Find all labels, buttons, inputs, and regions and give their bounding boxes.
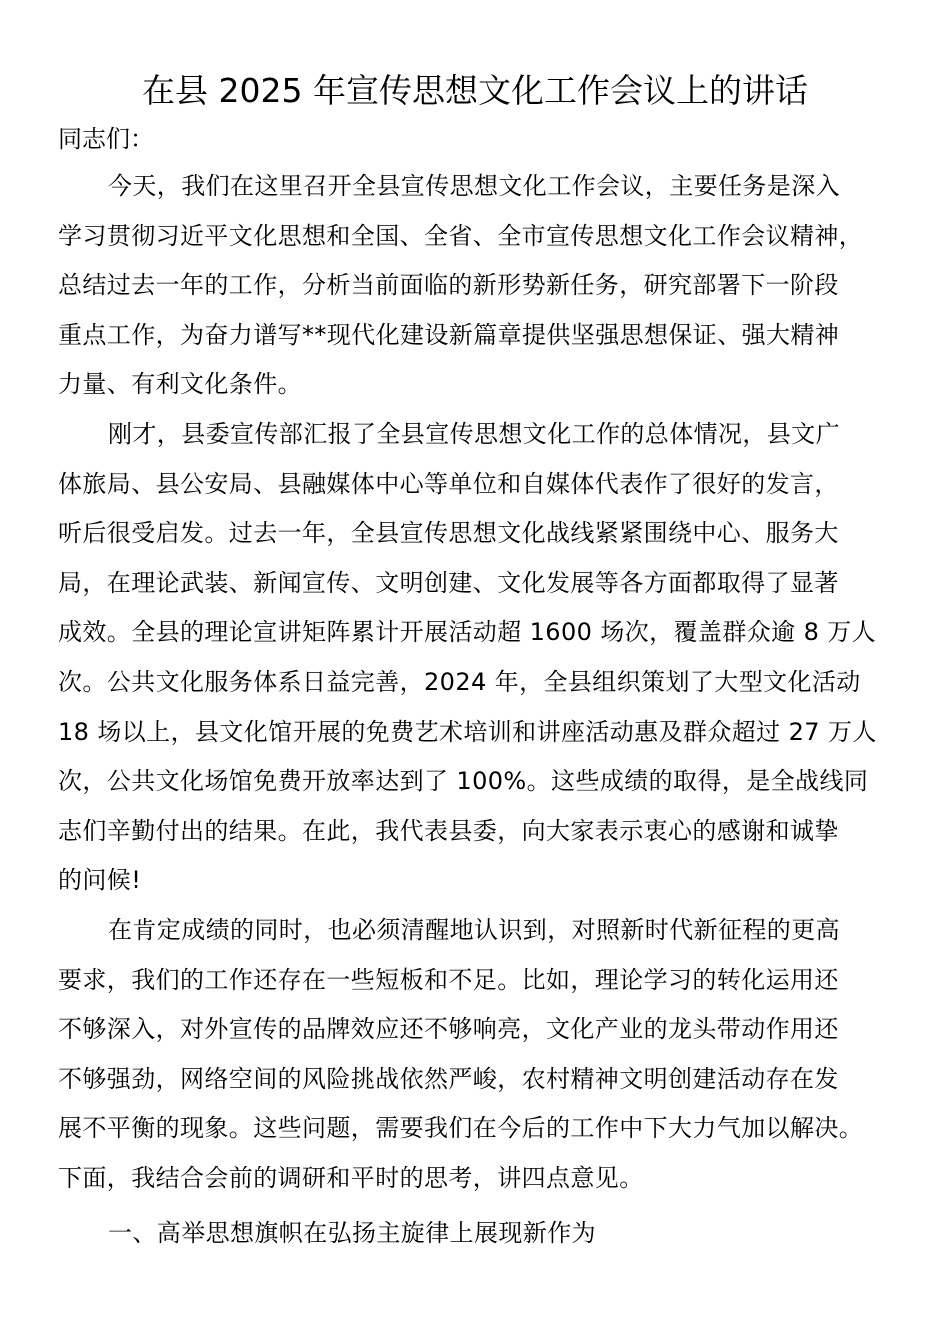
paragraph-2-line-4: 局，在理论武装、新闻宣传、文明创建、文化发展等各方面都取得了显著 [58,559,898,609]
document-title: 在县 2025 年宣传思想文化工作会议上的讲话 [0,66,950,116]
body-text: 今天，我们在这里召开全县宣传思想文化工作会议，主要任务是深入 学习贯彻习近平文化… [58,162,898,1203]
paragraph-2-line-2: 体旅局、县公安局、县融媒体中心等单位和自媒体代表作了很好的发言， [58,460,898,510]
paragraph-3-line-5: 展不平衡的现象。这些问题，需要我们在今后的工作中下大力气加以解决。 [58,1104,898,1154]
document-page: 在县 2025 年宣传思想文化工作会议上的讲话 同志们： 今天，我们在这里召开全… [0,0,950,1344]
paragraph-2-line-6: 次。公共文化服务体系日益完善，2024 年，全县组织策划了大型文化活动 [58,658,898,708]
paragraph-3-line-6: 下面，我结合会前的调研和平时的思考，讲四点意见。 [58,1154,898,1204]
paragraph-2-line-9: 志们辛勤付出的结果。在此，我代表县委，向大家表示衷心的感谢和诚挚 [58,807,898,857]
paragraph-3-line-1: 在肯定成绩的同时，也必须清醒地认识到，对照新时代新征程的更高 [58,906,898,956]
paragraph-2-line-10: 的问候! [58,856,898,906]
paragraph-1-line-5: 力量、有利文化条件。 [58,360,898,410]
paragraph-2-line-7: 18 场以上，县文化馆开展的免费艺术培训和讲座活动惠及群众超过 27 万人 [58,708,898,758]
paragraph-2-line-3: 听后很受启发。过去一年，全县宣传思想文化战线紧紧围绕中心、服务大 [58,509,898,559]
salutation: 同志们： [58,114,154,164]
paragraph-3-line-4: 不够强劲，网络空间的风险挑战依然严峻，农村精神文明创建活动存在发 [58,1055,898,1105]
paragraph-1-line-3: 总结过去一年的工作，分析当前面临的新形势新任务，研究部署下一阶段 [58,261,898,311]
paragraph-2-line-1: 刚才，县委宣传部汇报了全县宣传思想文化工作的总体情况，县文广 [58,410,898,460]
section-heading-1: 一、高举思想旗帜在弘扬主旋律上展现新作为 [108,1208,596,1258]
paragraph-1-line-2: 学习贯彻习近平文化思想和全国、全省、全市宣传思想文化工作会议精神， [58,212,898,262]
paragraph-1-line-1: 今天，我们在这里召开全县宣传思想文化工作会议，主要任务是深入 [58,162,898,212]
paragraph-2-line-5: 成效。全县的理论宣讲矩阵累计开展活动超 1600 场次，覆盖群众逾 8 万人 [58,608,898,658]
paragraph-2-line-8: 次，公共文化场馆免费开放率达到了 100%。这些成绩的取得，是全战线同 [58,757,898,807]
paragraph-3-line-2: 要求，我们的工作还存在一些短板和不足。比如，理论学习的转化运用还 [58,956,898,1006]
paragraph-3-line-3: 不够深入，对外宣传的品牌效应还不够响亮，文化产业的龙头带动作用还 [58,1005,898,1055]
paragraph-1-line-4: 重点工作，为奋力谱写**现代化建设新篇章提供坚强思想保证、强大精神 [58,311,898,361]
